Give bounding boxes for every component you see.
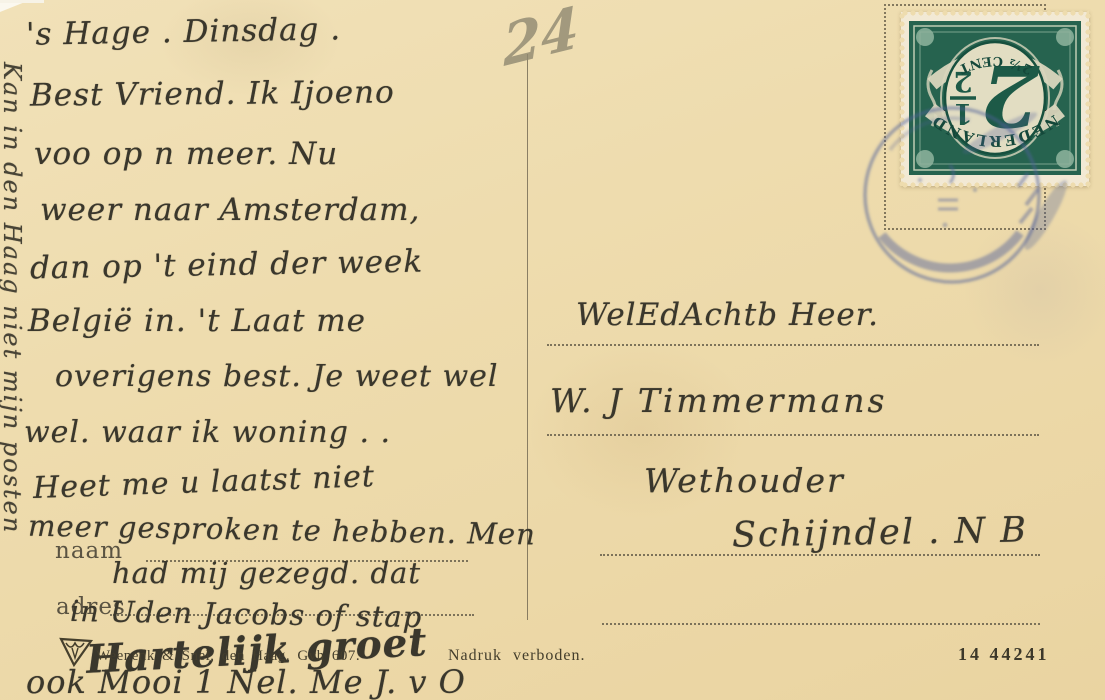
postage-stamp: 2 1 2 NEDERLAND 2½ CENT [901,12,1089,186]
side-note-vertical: Kan in den Haag niet mijn posten [0,62,26,662]
address-dotted-line [602,623,1040,625]
message-line: Best Vriend. Ik Ijoeno [30,74,395,113]
address-name: W. J Timmermans [550,381,887,420]
message-line: 's Hage . Dinsdag . [26,11,342,52]
stamp-perforation [901,181,1089,189]
stamp-perforation [1084,12,1092,186]
message-line: weer naar Amsterdam, [40,192,420,228]
scan-edge-artifact [0,0,44,3]
address-title: Wethouder [644,461,845,500]
message-line: overigens best. Je weet wel [55,359,499,394]
stamp-perforation [901,9,1089,17]
address-dotted-line [600,554,1040,556]
address-dotted-line [547,344,1039,346]
serial-number: 14 44241 [958,644,1050,665]
address-dotted-line [547,434,1039,436]
message-line: Heet me u laatst niet [32,459,375,506]
address-honorific: WelEdAchtb Heer. [576,297,879,333]
address-city: Schijndel . N B [732,510,1029,555]
message-line: had mij gezegd. dat [112,556,421,590]
message-line: wel. waar ik woning . . [24,415,391,450]
message-line: België in. 't Laat me [28,303,366,339]
message-line: voo op n meer. Nu [34,136,338,172]
postmark-ink-smudge [882,233,1020,268]
stamp-design: 2 1 2 NEDERLAND 2½ CENT [908,20,1082,176]
copyright-notice: Nadruk verboden. [448,647,586,665]
publisher-logo-icon [58,636,94,668]
pencil-number: 24 [502,0,580,80]
publisher-imprint: Weenenk & Snel, den Haag. Gvh 607. [96,648,360,665]
postcard-back: naam adres [0,0,1105,700]
message-line: dan op 't eind der week [30,244,424,287]
message-postscript: ook Mooi 1 Nel. Me J. v O [26,663,466,700]
stamp-perforation [898,12,906,186]
